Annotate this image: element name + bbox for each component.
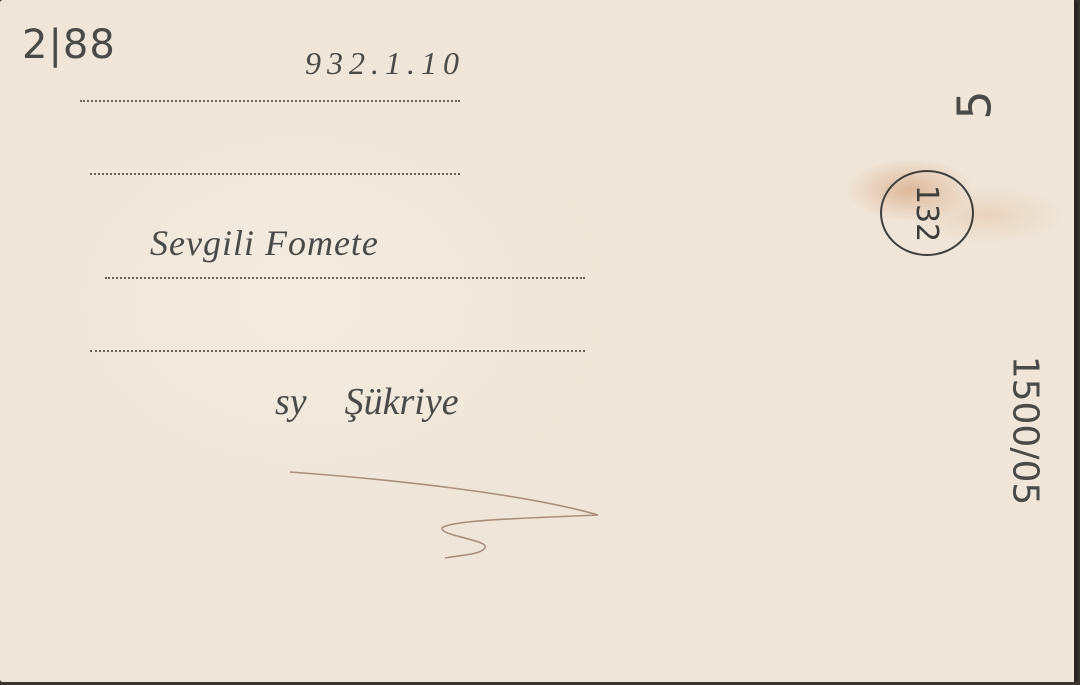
dotted-line-3 (105, 277, 585, 279)
pencil-flourish-icon (280, 460, 610, 570)
dotted-line-4 (90, 350, 585, 352)
reference-number: 2|88 (22, 22, 116, 68)
circled-number-stamp: 132 (880, 170, 974, 256)
dotted-line-1 (80, 100, 460, 102)
corner-mark: 5 (948, 90, 1002, 119)
signature-name: Şükriye (345, 381, 459, 423)
circled-number: 132 (909, 184, 944, 241)
signature: sy Şükriye (275, 380, 459, 424)
dotted-line-2 (90, 173, 460, 175)
greeting-text: Sevgili Fomete (150, 222, 379, 264)
postcard-back: 2|88 932.1.10 Sevgili Fomete sy Şükriye … (0, 0, 1078, 682)
signature-prefix: sy (275, 381, 307, 423)
archive-number: 1500/05 (1004, 356, 1045, 506)
handwritten-date: 932.1.10 (305, 45, 465, 82)
